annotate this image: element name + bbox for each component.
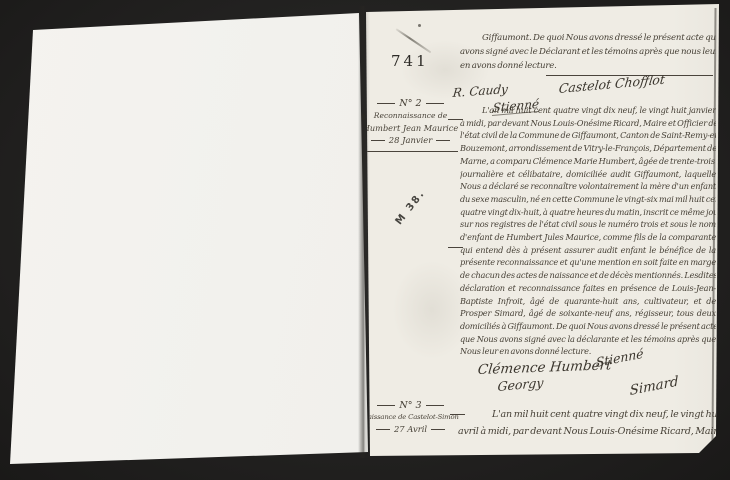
handwritten-line: avril à midi, par devant Nous Louis-Onés… <box>458 423 716 440</box>
act-date-label: 28 Janvier <box>362 135 459 145</box>
handwritten-line: Baptiste Infroit, âgé de quarante-huit a… <box>460 295 716 308</box>
folio-number: 741 <box>391 52 429 70</box>
handwritten-line: Giffaumont. De quoi Nous avons dressé le… <box>460 32 716 46</box>
handwritten-line: sur nos registres de l'état civil sous l… <box>460 218 716 231</box>
margin-rule <box>362 151 458 152</box>
handwritten-line: qui entend dès à présent assurer audit e… <box>460 244 716 257</box>
act-2-body: L'an mil huit cent quatre vingt dix neuf… <box>460 104 716 358</box>
act-number-label: N° 2 <box>362 98 459 109</box>
binding-speck <box>362 114 365 120</box>
act-date-label: 27 Avril <box>362 424 459 434</box>
signature: Clémence Humbert <box>477 357 612 378</box>
binding-gutter <box>358 6 370 458</box>
handwritten-line: déclaration et reconnaissance faites en … <box>460 282 716 295</box>
margin-dash <box>448 247 463 248</box>
handwritten-line: Marne, a comparu Clémence Marie Humbert,… <box>460 155 716 168</box>
signature: Simard <box>630 373 679 399</box>
handwritten-line: quatre vingt dix-huit, à quatre heures d… <box>460 206 716 219</box>
handwritten-line: que Nous avons signé avec la déclarante … <box>460 333 716 346</box>
handwritten-line: présente reconnaissance et qu'une mentio… <box>460 256 716 269</box>
handwritten-line: à midi, par devant Nous Louis-Onésime Ri… <box>460 117 716 130</box>
archive-stamp: M 38. <box>394 188 428 227</box>
handwritten-line: L'an mil huit cent quatre vingt dix neuf… <box>458 406 716 423</box>
handwritten-line: du sexe masculin, né en cette Commune le… <box>460 193 716 206</box>
pencil-dot <box>418 24 421 27</box>
handwritten-line: Nous leur en avons donné lecture. <box>460 345 716 358</box>
act-name-label: Humbert Jean Maurice <box>362 122 459 135</box>
handwritten-line: Bouzemont, arrondissement de Vitry-le-Fr… <box>460 142 716 155</box>
handwritten-line: avons signé avec le Déclarant et les tém… <box>460 46 716 60</box>
signature: Georgy <box>497 375 544 394</box>
act-name-label: Naissance de Castelot-Simone <box>362 411 459 424</box>
act-type-label: Reconnaissance de <box>362 109 459 122</box>
handwritten-line: Prosper Simard, âgé de soixante-neuf ans… <box>460 307 716 320</box>
signature: R. Caudy <box>452 82 509 100</box>
handwritten-line: d'enfant de Humbert Jules Maurice, comme… <box>460 231 716 244</box>
register-scan: 741 M 38. Giffaumont. De quoi Nous avons… <box>0 0 730 480</box>
handwritten-line: domiciliés à Giffaumont. De quoi Nous av… <box>460 320 716 333</box>
act-3-body: L'an mil huit cent quatre vingt dix neuf… <box>458 406 716 440</box>
handwritten-line: de chacun des actes de naissance et de d… <box>460 269 716 282</box>
handwritten-line: journalière et célibataire, domiciliée a… <box>460 168 716 181</box>
margin-note-act-2: N° 2 Reconnaissance de Humbert Jean Maur… <box>362 98 459 152</box>
act-number-label: N° 3 <box>362 400 459 411</box>
previous-act-closing: Giffaumont. De quoi Nous avons dressé le… <box>460 32 716 73</box>
margin-note-act-3: N° 3 Naissance de Castelot-Simone 27 Avr… <box>362 400 459 434</box>
handwritten-line: Nous a déclaré se reconnaître volontaire… <box>460 180 716 193</box>
handwritten-line: L'an mil huit cent quatre vingt dix neuf… <box>460 104 716 117</box>
handwritten-line: l'état civil de la Commune de Giffaumont… <box>460 129 716 142</box>
handwritten-line: en avons donné lecture. <box>460 60 716 74</box>
margin-dash <box>448 119 463 120</box>
